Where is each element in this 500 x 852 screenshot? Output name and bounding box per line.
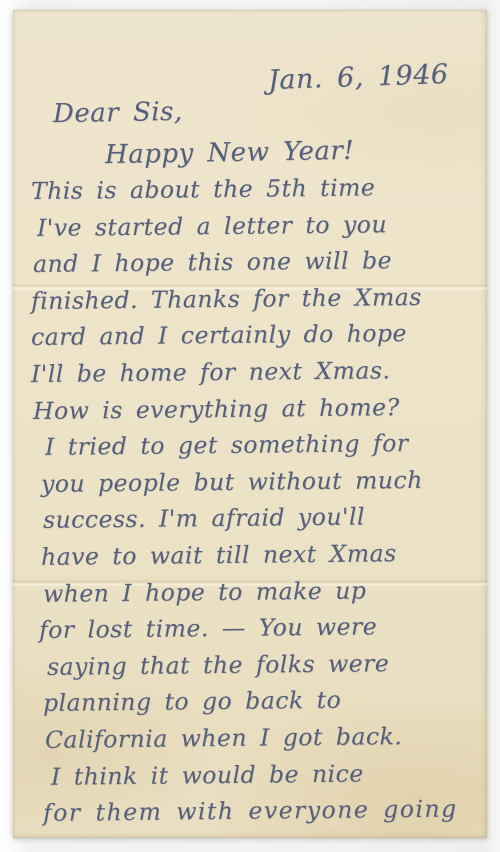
letter-body: This is about the 5th time I've started … [31, 173, 477, 832]
letter-line: I'll be home for next Xmas. [31, 351, 477, 392]
letter-line: and I hope this one will be [31, 242, 477, 283]
letter-date: Jan. 6, 1946 [268, 59, 450, 96]
letter-line: for them with everyone going [31, 790, 477, 831]
letter-line: saying that the folks were [31, 644, 477, 685]
letter-line: success. I'm afraid you'll [31, 498, 477, 539]
letter-line: when I hope to make up [31, 571, 477, 612]
scanner-background: Jan. 6, 1946 Dear Sis, Happy New Year! T… [0, 0, 500, 852]
letter-line: How is everything at home? [31, 388, 477, 429]
letter-line: you people but without much [31, 461, 477, 502]
letter-line: planning to go back to [31, 681, 477, 722]
letter-salutation: Dear Sis, [53, 97, 183, 129]
letter-page: Jan. 6, 1946 Dear Sis, Happy New Year! T… [13, 10, 487, 838]
letter-line: California when I got back. [31, 717, 477, 758]
letter-greeting: Happy New Year! [105, 136, 355, 170]
letter-line: for lost time. — You were [31, 607, 477, 648]
letter-line: I've started a letter to you [31, 205, 477, 246]
letter-line: finished. Thanks for the Xmas [31, 278, 477, 319]
letter-line: I tried to get something for [31, 424, 477, 465]
letter-line: have to wait till next Xmas [31, 534, 477, 575]
letter-line: This is about the 5th time [31, 168, 477, 209]
letter-line: I think it would be nice [31, 754, 477, 795]
letter-line: card and I certainly do hope [31, 315, 477, 356]
